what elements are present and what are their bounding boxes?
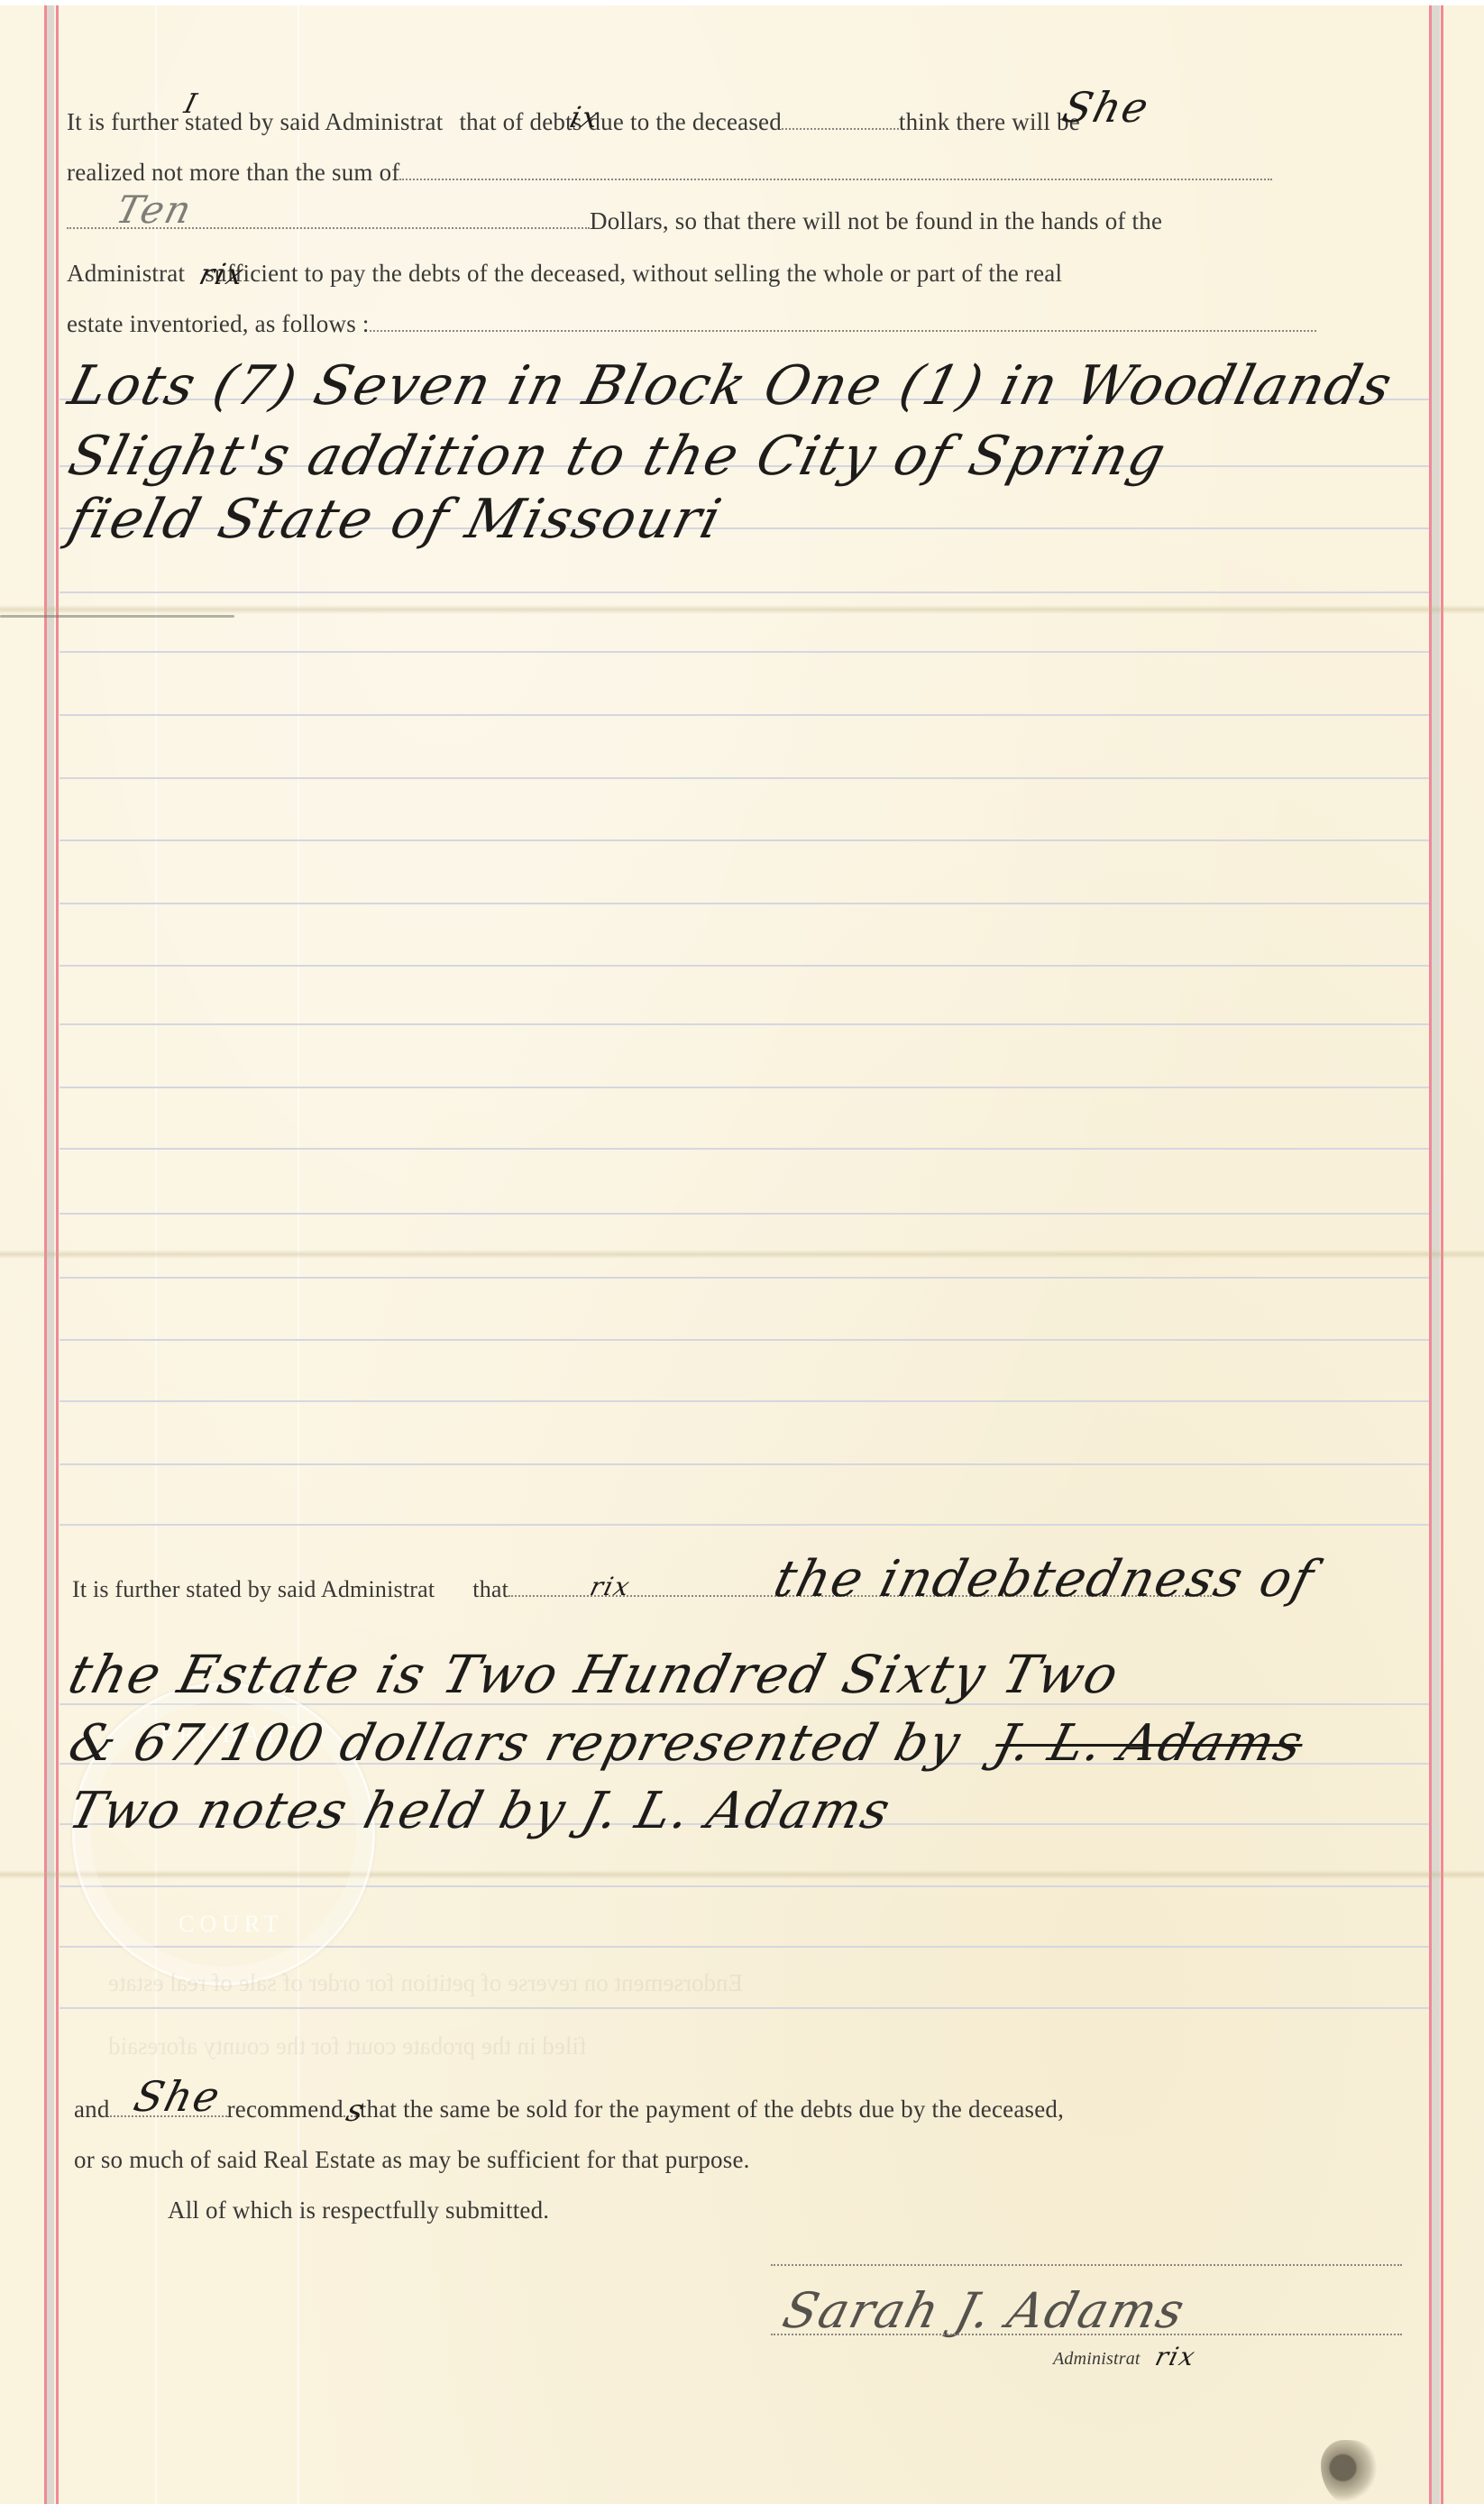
ruled-line (60, 1463, 1429, 1465)
handwritten-suffix: rix (1153, 2344, 1199, 2370)
ruled-line (60, 839, 1429, 841)
handwritten-pronoun: She (130, 2076, 225, 2117)
signature: Sarah J. Adams (778, 2287, 1190, 2335)
fold-crease (0, 615, 234, 618)
ruled-line (60, 1339, 1429, 1341)
paragraph3-line1: andrecommendthat the same be sold for th… (74, 2097, 1064, 2122)
bleed-through-text: Endorsement on reverse of petition for o… (108, 1971, 743, 1995)
handwritten-suffix: rix (588, 1574, 634, 1600)
ruled-line (60, 1148, 1429, 1150)
document-page: PROBATE COURT Endorsement on reverse of … (0, 5, 1484, 2504)
property-description-line: Slight's addition to the City of Spring (64, 429, 1173, 483)
fold-line (0, 1250, 1484, 1259)
ruled-line (60, 965, 1429, 967)
paragraph3-line3: All of which is respectfully submitted. (168, 2198, 549, 2223)
property-description-line: Lots (7) Seven in Block One (1) in Woodl… (64, 359, 1398, 413)
handwritten-suffix: rix (197, 260, 249, 289)
ruled-line (60, 714, 1429, 716)
ruled-line (60, 1087, 1429, 1088)
paragraph1-line3: Dollars, so that there will not be found… (67, 209, 1162, 234)
ink-stain (1321, 2440, 1384, 2504)
ruled-line (60, 592, 1429, 593)
ruled-line (60, 2007, 1429, 2009)
signature-title: Administrat (1053, 2350, 1140, 2368)
paragraph1-line5: estate inventoried, as follows : (67, 312, 1316, 336)
handwritten-amount: Ten (113, 191, 197, 229)
indebtedness-line: the indebtedness of (769, 1555, 1320, 1605)
paragraph1-line2: realized not more than the sum of (67, 161, 1272, 185)
ruled-line (60, 1213, 1429, 1215)
ruled-line (60, 1277, 1429, 1279)
indebtedness-line: Two notes held by J. L. Adams (64, 1786, 896, 1837)
signature-line-top (771, 2264, 1402, 2266)
ruled-line (60, 1524, 1429, 1526)
indebtedness-line: the Estate is Two Hundred Sixty Two (64, 1648, 1125, 1701)
ruled-line (60, 1400, 1429, 1402)
property-description-line: field State of Missouri (64, 492, 728, 546)
handwritten-pronoun: She (1058, 87, 1154, 128)
ruled-line (60, 1023, 1429, 1025)
struck-through-name: J. L. Adams (989, 1714, 1310, 1773)
bleed-through-text: filed in the probate court for the count… (108, 2034, 587, 2059)
signature-line-bottom (771, 2334, 1402, 2335)
fold-line (0, 605, 1484, 614)
ruled-line (60, 651, 1429, 653)
ruled-line (60, 777, 1429, 779)
indebtedness-line: & 67/100 dollars represented by J. L. Ad… (64, 1719, 1309, 1769)
paragraph3-line2: or so much of said Real Estate as may be… (74, 2148, 750, 2172)
ruled-line (60, 903, 1429, 904)
